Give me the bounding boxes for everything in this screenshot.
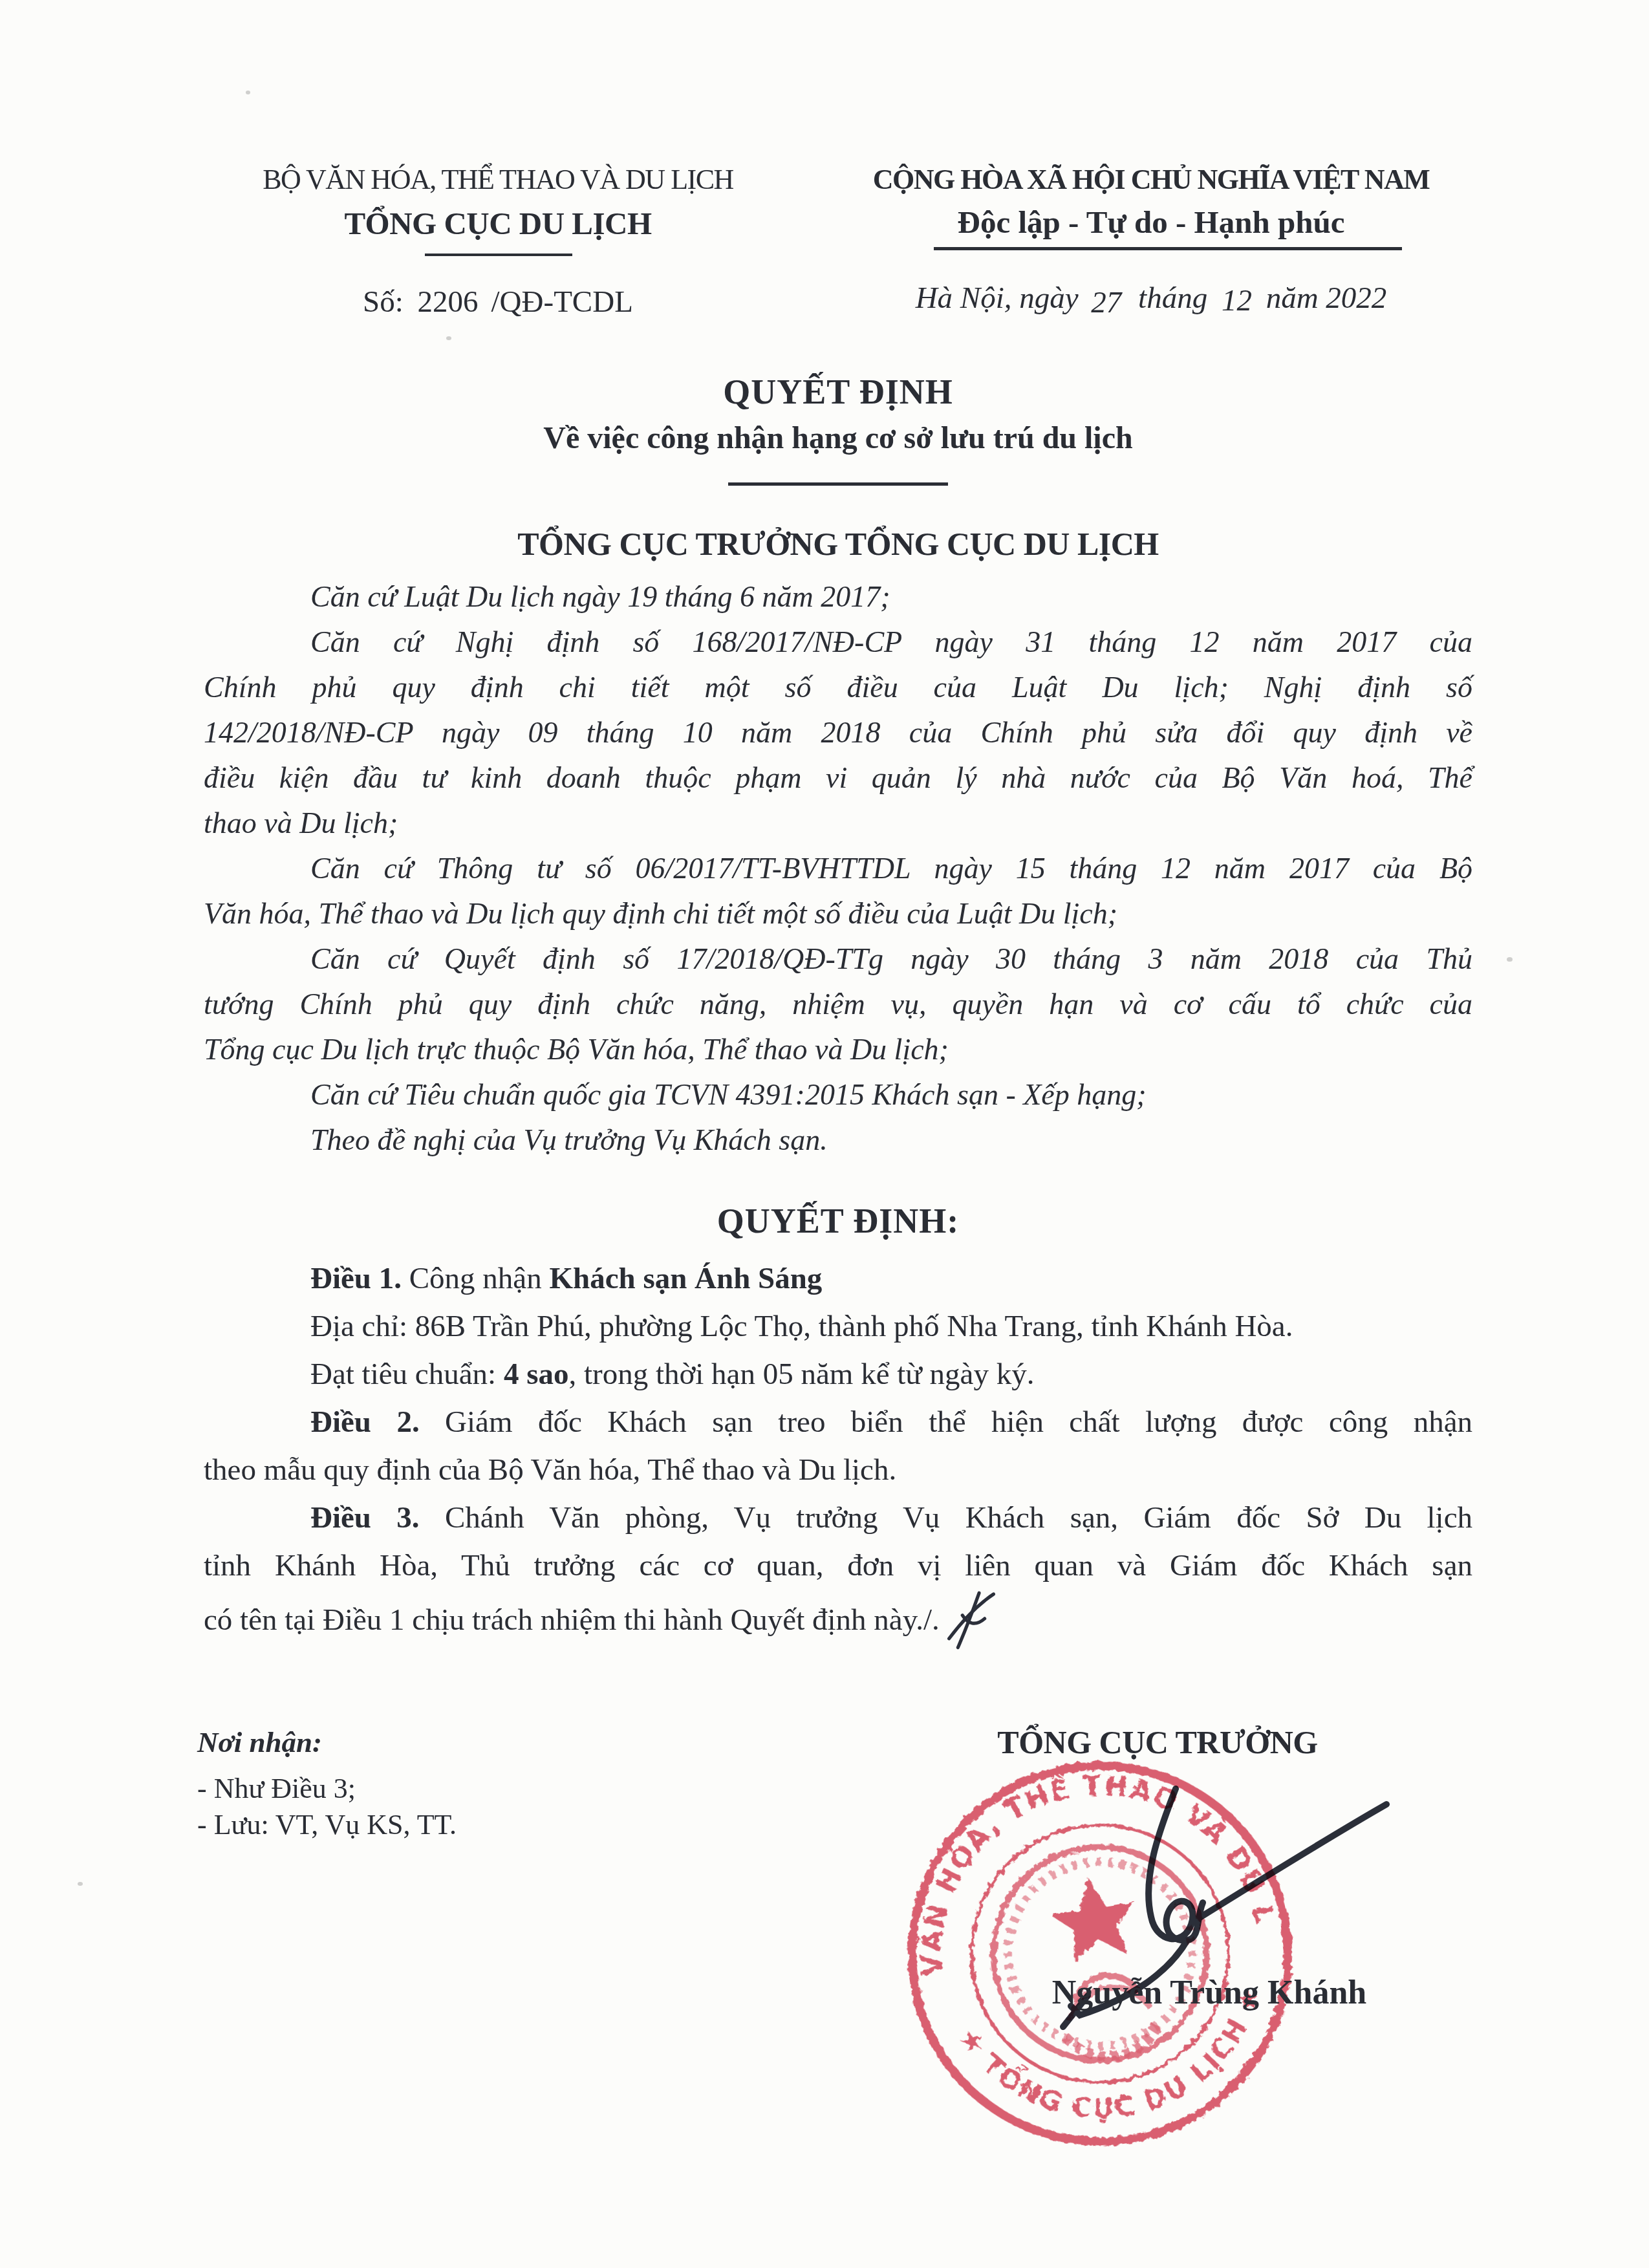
preamble-line: tướng Chính phủ quy định chức năng, nhiệ… bbox=[204, 982, 1472, 1027]
recipient-item: - Như Điều 3; bbox=[197, 1771, 650, 1807]
scan-speck bbox=[246, 91, 250, 94]
preamble-line: 142/2018/NĐ-CP ngày 09 tháng 10 năm 2018… bbox=[204, 710, 1472, 755]
motto-underline-rule bbox=[934, 247, 1402, 250]
preamble-line: Căn cứ Nghị định số 168/2017/NĐ-CP ngày … bbox=[204, 620, 1472, 665]
document-number-prefix: Số: bbox=[363, 285, 404, 319]
preamble-line: Chính phủ quy định chi tiết một số điều … bbox=[204, 665, 1472, 710]
article-1-lead: Điều 1. bbox=[310, 1262, 402, 1295]
document-number: Số: 2206/QĐ-TCDL bbox=[194, 285, 802, 319]
document-page: BỘ VĂN HÓA, THỂ THAO VÀ DU LỊCH TỔNG CỤC… bbox=[0, 0, 1649, 2268]
national-motto-line2: Độc lập - Tự do - Hạnh phúc bbox=[812, 204, 1491, 241]
article-2-line: Điều 2. Giám đốc Khách sạn treo biển thể… bbox=[204, 1398, 1472, 1446]
place-date-line: Hà Nội, ngày 27 tháng 12 năm 2022 bbox=[812, 281, 1491, 316]
article-3-closing: có tên tại Điều 1 chịu trách nhiệm thi h… bbox=[204, 1603, 940, 1637]
national-header-block: CỘNG HÒA XÃ HỘI CHỦ NGHĨA VIỆT NAM Độc l… bbox=[812, 163, 1491, 241]
preamble-line: Căn cứ Thông tư số 06/2017/TT-BVHTTDL ng… bbox=[204, 846, 1472, 891]
hotel-address-line: Địa chỉ: 86B Trần Phú, phường Lộc Thọ, t… bbox=[204, 1302, 1472, 1350]
article-3-line: tỉnh Khánh Hòa, Thủ trưởng các cơ quan, … bbox=[204, 1542, 1472, 1590]
preamble-line: Căn cứ Quyết định số 17/2018/QĐ-TTg ngày… bbox=[204, 936, 1472, 982]
recipients-label: Nơi nhận: bbox=[197, 1725, 650, 1759]
document-number-value: 2206 bbox=[418, 285, 479, 319]
scan-speck bbox=[78, 1882, 83, 1886]
scan-speck bbox=[1507, 957, 1513, 962]
article-3-line: có tên tại Điều 1 chịu trách nhiệm thi h… bbox=[204, 1590, 1472, 1669]
date-year: năm 2022 bbox=[1266, 281, 1387, 315]
date-place: Hà Nội, ngày bbox=[916, 281, 1079, 315]
preamble-line: Văn hóa, Thể thao và Du lịch quy định ch… bbox=[204, 891, 1472, 936]
preamble-line: điều kiện đầu tư kinh doanh thuộc phạm v… bbox=[204, 755, 1472, 801]
standard-prefix: Đạt tiêu chuẩn: bbox=[310, 1357, 496, 1391]
article-1-text: Công nhận bbox=[409, 1262, 542, 1295]
article-2-line: theo mẫu quy định của Bộ Văn hóa, Thể th… bbox=[204, 1446, 1472, 1494]
date-mid: tháng bbox=[1138, 281, 1207, 315]
document-number-suffix: /QĐ-TCDL bbox=[491, 285, 633, 319]
document-subject-title: Về việc công nhận hạng cơ sở lưu trú du … bbox=[204, 420, 1472, 456]
article-3-line: Điều 3. Chánh Văn phòng, Vụ trưởng Vụ Kh… bbox=[204, 1494, 1472, 1542]
org-underline-rule bbox=[425, 254, 572, 256]
article-3-lead: Điều 3. bbox=[310, 1501, 420, 1535]
decision-heading: QUYẾT ĐỊNH: bbox=[204, 1195, 1472, 1247]
document-type-title: QUYẾT ĐỊNH bbox=[204, 372, 1472, 412]
signer-name: Nguyễn Trùng Khánh bbox=[983, 1974, 1436, 2012]
recipients-block: Nơi nhận: - Như Điều 3; - Lưu: VT, Vụ KS… bbox=[197, 1725, 650, 1843]
preamble-line: thao và Du lịch; bbox=[204, 801, 1472, 846]
standard-suffix: , trong thời hạn 05 năm kể từ ngày ký. bbox=[568, 1357, 1034, 1391]
article-1-line: Điều 1. Công nhận Khách sạn Ánh Sáng bbox=[204, 1255, 1472, 1302]
pen-flourish-icon bbox=[943, 1590, 999, 1669]
deciding-authority-line: TỔNG CỤC TRƯỞNG TỔNG CỤC DU LỊCH bbox=[204, 525, 1472, 563]
issuing-org-name: TỔNG CỤC DU LỊCH bbox=[194, 205, 802, 242]
article-3-text: Chánh Văn phòng, Vụ trưởng Vụ Khách sạn,… bbox=[445, 1501, 1472, 1535]
article-2-lead: Điều 2. bbox=[310, 1405, 420, 1439]
preamble-line: Tổng cục Du lịch trực thuộc Bộ Văn hóa, … bbox=[204, 1027, 1472, 1072]
scan-speck bbox=[446, 336, 451, 340]
parent-org-name: BỘ VĂN HÓA, THỂ THAO VÀ DU LỊCH bbox=[194, 163, 802, 196]
hotel-name: Khách sạn Ánh Sáng bbox=[549, 1262, 822, 1295]
preamble-line: Căn cứ Tiêu chuẩn quốc gia TCVN 4391:201… bbox=[204, 1072, 1472, 1118]
preamble-line: Căn cứ Luật Du lịch ngày 19 tháng 6 năm … bbox=[204, 574, 1472, 620]
issuing-org-block: BỘ VĂN HÓA, THỂ THAO VÀ DU LỊCH TỔNG CỤC… bbox=[194, 163, 802, 242]
article-2-text: Giám đốc Khách sạn treo biển thể hiện ch… bbox=[445, 1405, 1472, 1439]
standard-line: Đạt tiêu chuẩn: 4 sao, trong thời hạn 05… bbox=[204, 1350, 1472, 1398]
national-motto-line1: CỘNG HÒA XÃ HỘI CHỦ NGHĨA VIỆT NAM bbox=[812, 163, 1491, 196]
star-rating: 4 sao bbox=[504, 1357, 569, 1391]
articles-section: QUYẾT ĐỊNH: Điều 1. Công nhận Khách sạn … bbox=[204, 1195, 1472, 1669]
preamble-line: Theo đề nghị của Vụ trưởng Vụ Khách sạn. bbox=[204, 1118, 1472, 1163]
date-month: 12 bbox=[1222, 283, 1252, 318]
title-underline-rule bbox=[728, 482, 948, 486]
date-day: 27 bbox=[1091, 285, 1121, 320]
preamble-section: Căn cứ Luật Du lịch ngày 19 tháng 6 năm … bbox=[204, 574, 1472, 1163]
recipient-item: - Lưu: VT, Vụ KS, TT. bbox=[197, 1807, 650, 1843]
